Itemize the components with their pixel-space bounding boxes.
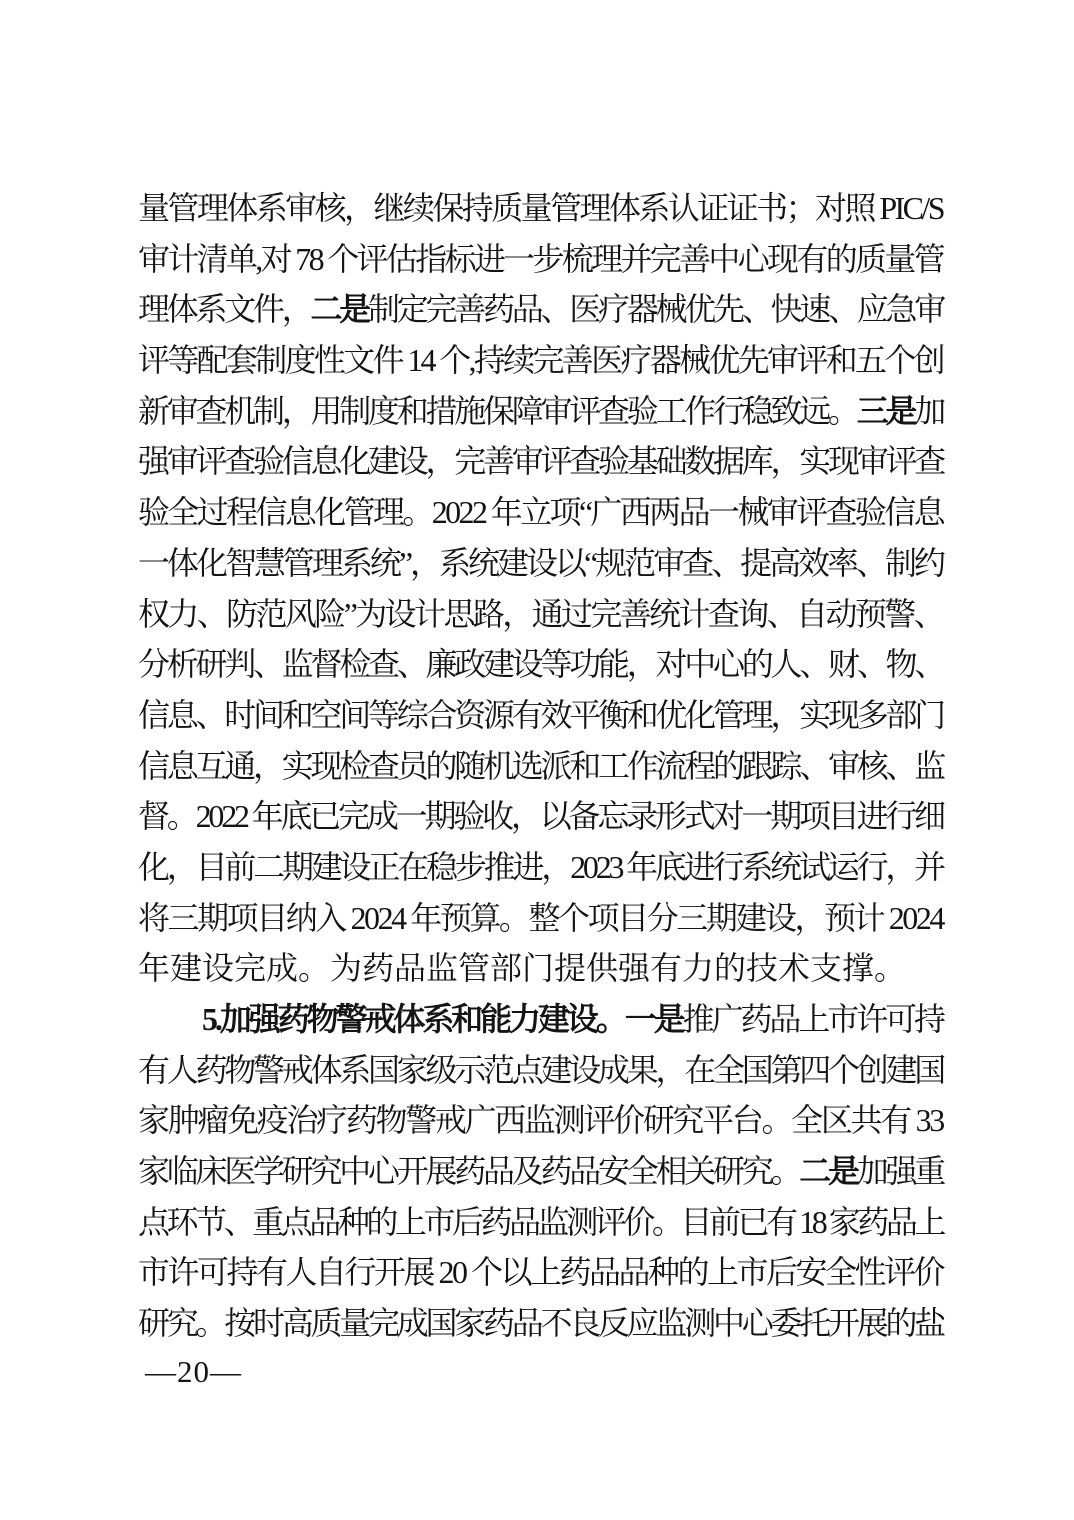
text-segment: 加强重 <box>857 1153 943 1189</box>
text-line: 家肿瘤免疫治疗药物警戒广西监测评价研究平台。全区共有 33 <box>138 1095 943 1146</box>
text-segment: 年建设完成。为药品监管部门提供强有力的技术支撑。 <box>138 950 906 986</box>
text-line: 督。2022 年底已完成一期验收，以备忘录形式对一期项目进行细 <box>138 791 943 842</box>
text-segment: 督。2022 年底已完成一期验收，以备忘录形式对一期项目进行细 <box>138 798 943 834</box>
text-line: 有人药物警戒体系国家级示范点建设成果，在全国第四个创建国 <box>138 1045 943 1096</box>
text-segment: 信息、时间和空间等综合资源有效平衡和优化管理，实现多部门 <box>138 697 943 733</box>
text-line: 年建设完成。为药品监管部门提供强有力的技术支撑。 <box>138 943 943 994</box>
bold-text-segment: 5.加强药物警戒体系和能力建设。一是 <box>202 1001 683 1037</box>
text-line: 强审评查验信息化建设，完善审评查验基础数据库，实现审评查 <box>138 436 943 487</box>
text-segment: 新审查机制，用制度和措施保障审评查验工作行稳致远。 <box>138 393 857 429</box>
text-line: 市许可持有人自行开展 20 个以上药品品种的上市后安全性评价 <box>138 1247 943 1298</box>
text-line: 理体系文件，二是制定完善药品、医疗器械优先、快速、应急审 <box>138 284 943 335</box>
text-segment: 家临床医学研究中心开展药品及药品安全相关研究。 <box>138 1153 799 1189</box>
text-segment: 点环节、重点品种的上市后药品监测评价。目前已有 18 家药品上 <box>138 1204 943 1240</box>
text-segment: 推广药品上市许可持 <box>683 1001 943 1037</box>
text-segment: 家肿瘤免疫治疗药物警戒广西监测评价研究平台。全区共有 33 <box>138 1102 943 1138</box>
text-segment: 权力、防范风险”为设计思路，通过完善统计查询、自动预警、 <box>138 596 943 632</box>
document-page: 量管理体系审核，继续保持质量管理体系认证证书；对照 PIC/S审计清单,对 78… <box>0 0 1074 1520</box>
text-line: 评等配套制度性文件 14 个,持续完善医疗器械优先审评和五个创 <box>138 335 943 386</box>
text-line: 家临床医学研究中心开展药品及药品安全相关研究。二是加强重 <box>138 1146 943 1197</box>
text-line: 信息、时间和空间等综合资源有效平衡和优化管理，实现多部门 <box>138 690 943 741</box>
bold-text-segment: 三是 <box>857 393 915 429</box>
text-line: 一体化智慧管理系统”，系统建设以“规范审查、提高效率、制约 <box>138 538 943 589</box>
text-segment: 将三期项目纳入 2024 年预算。整个项目分三期建设，预计 2024 <box>138 900 943 936</box>
text-segment: 验全过程信息化管理。2022 年立项“广西两品一械审评查验信息 <box>138 494 943 530</box>
text-segment: 理体系文件， <box>138 291 311 327</box>
text-line: 新审查机制，用制度和措施保障审评查验工作行稳致远。三是加 <box>138 386 943 437</box>
text-line: 权力、防范风险”为设计思路，通过完善统计查询、自动预警、 <box>138 589 943 640</box>
text-segment: 强审评查验信息化建设，完善审评查验基础数据库，实现审评查 <box>138 443 943 479</box>
text-line: 验全过程信息化管理。2022 年立项“广西两品一械审评查验信息 <box>138 487 943 538</box>
text-line: 5.加强药物警戒体系和能力建设。一是推广药品上市许可持 <box>138 994 943 1045</box>
page-footer: —20— <box>145 1352 242 1392</box>
text-segment: 化，目前二期建设正在稳步推进，2023 年底进行系统试运行，并 <box>138 849 943 885</box>
text-segment: 一体化智慧管理系统”，系统建设以“规范审查、提高效率、制约 <box>138 545 943 581</box>
text-line: 化，目前二期建设正在稳步推进，2023 年底进行系统试运行，并 <box>138 842 943 893</box>
page-number: —20— <box>145 1354 242 1389</box>
bold-text-segment: 二是 <box>311 291 369 327</box>
text-segment: 分析研判、监督检查、廉政建设等功能，对中心的人、财、物、 <box>138 646 943 682</box>
text-line: 研究。按时高质量完成国家药品不良反应监测中心委托开展的盐 <box>138 1298 943 1349</box>
text-line: 将三期项目纳入 2024 年预算。整个项目分三期建设，预计 2024 <box>138 893 943 944</box>
text-segment: 研究。按时高质量完成国家药品不良反应监测中心委托开展的盐 <box>138 1305 943 1341</box>
text-line: 信息互通，实现检查员的随机选派和工作流程的跟踪、审核、监 <box>138 741 943 792</box>
text-segment: 加 <box>914 393 943 429</box>
text-line: 分析研判、监督检查、廉政建设等功能，对中心的人、财、物、 <box>138 639 943 690</box>
text-line: 量管理体系审核，继续保持质量管理体系认证证书；对照 PIC/S <box>138 183 943 234</box>
text-segment: 制定完善药品、医疗器械优先、快速、应急审 <box>368 291 943 327</box>
document-body: 量管理体系审核，继续保持质量管理体系认证证书；对照 PIC/S审计清单,对 78… <box>138 183 943 1349</box>
text-segment: 信息互通，实现检查员的随机选派和工作流程的跟踪、审核、监 <box>138 748 943 784</box>
text-segment: 市许可持有人自行开展 20 个以上药品品种的上市后安全性评价 <box>138 1254 943 1290</box>
text-segment: 量管理体系审核，继续保持质量管理体系认证证书；对照 PIC/S <box>138 190 943 226</box>
text-segment: 评等配套制度性文件 14 个,持续完善医疗器械优先审评和五个创 <box>138 342 943 378</box>
text-line: 审计清单,对 78 个评估指标进一步梳理并完善中心现有的质量管 <box>138 234 943 285</box>
text-segment: 有人药物警戒体系国家级示范点建设成果，在全国第四个创建国 <box>138 1052 943 1088</box>
text-segment: 审计清单,对 78 个评估指标进一步梳理并完善中心现有的质量管 <box>138 241 943 277</box>
text-line: 点环节、重点品种的上市后药品监测评价。目前已有 18 家药品上 <box>138 1197 943 1248</box>
bold-text-segment: 二是 <box>799 1153 857 1189</box>
